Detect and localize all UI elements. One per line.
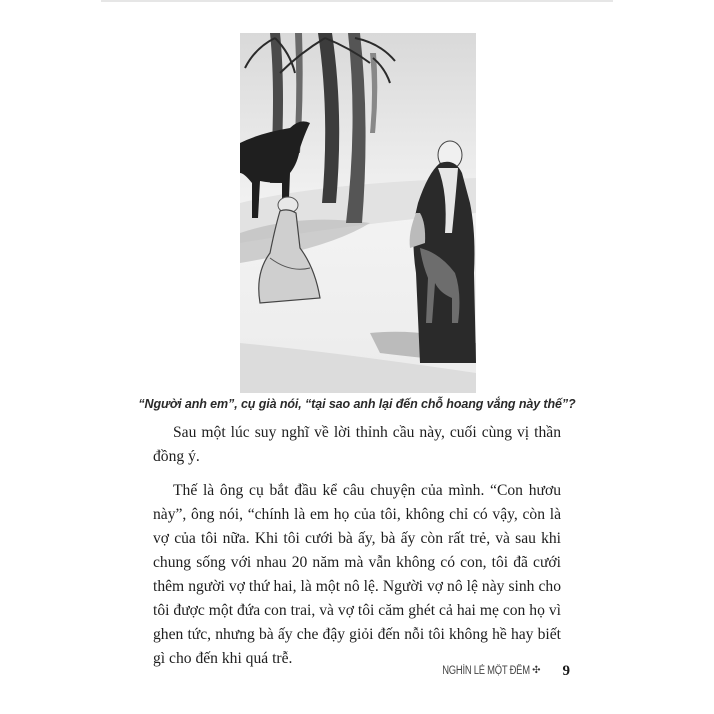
paragraph: Thế là ông cụ bắt đầu kể câu chuyện của … [153, 479, 561, 671]
body-text: Sau một lúc suy nghĩ về lời thỉnh cầu nà… [153, 421, 561, 681]
page-number: 9 [563, 663, 571, 680]
page-top-edge [101, 0, 613, 2]
page-footer: NGHÌN LẺ MỘT ĐÊM ✣ 9 [380, 661, 580, 681]
illustration-caption: “Người anh em”, cụ già nói, “tại sao anh… [120, 397, 594, 411]
paragraph: Sau một lúc suy nghĩ về lời thỉnh cầu nà… [153, 421, 561, 469]
engraving-image [240, 33, 476, 393]
running-head: NGHÌN LẺ MỘT ĐÊM [443, 665, 531, 677]
ornament-icon: ✣ [532, 666, 540, 676]
book-illustration [240, 33, 476, 393]
